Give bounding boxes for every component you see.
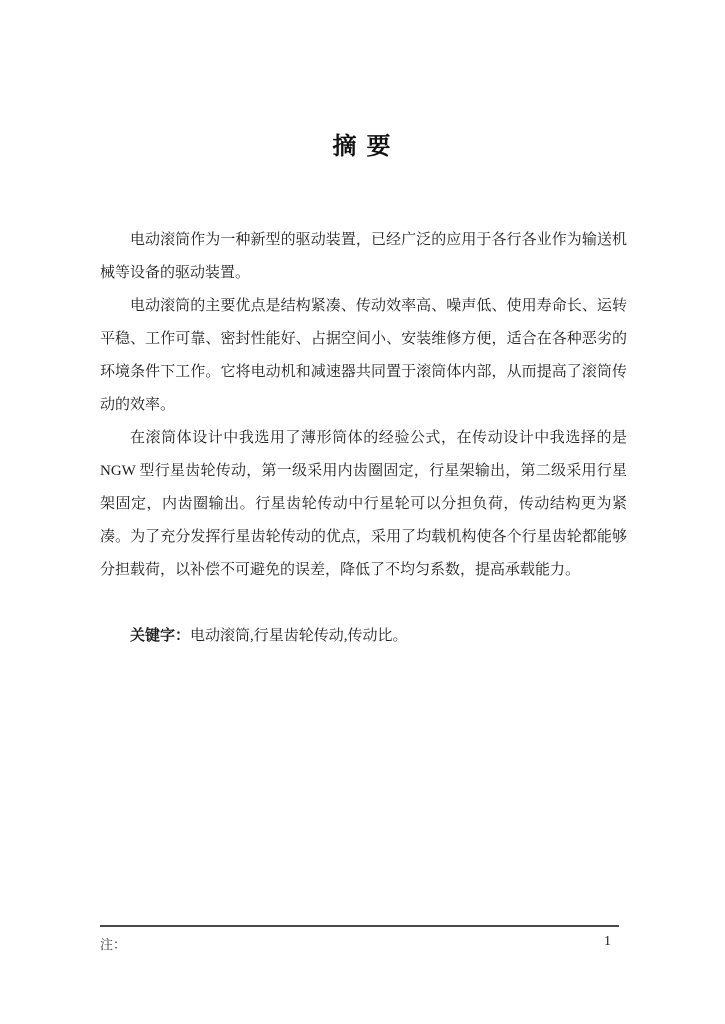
paragraph-3: 在滚筒体设计中我选用了薄形筒体的经验公式，在传动设计中我选择的是NGW 型行星齿… <box>100 422 627 587</box>
footnote-label: 注： <box>100 934 126 953</box>
paragraph-1: 电动滚筒作为一种新型的驱动装置，已经广泛的应用于各行各业作为输送机械等设备的驱动… <box>100 224 627 290</box>
keywords-line: 关键字：电动滚筒,行星齿轮传动,传动比。 <box>100 620 627 653</box>
keywords-label: 关键字： <box>130 628 190 644</box>
footer-row: 注： 1 <box>100 934 619 953</box>
keywords-text: 电动滚筒,行星齿轮传动,传动比。 <box>190 628 408 644</box>
page-footer: 注： 1 <box>100 925 619 953</box>
document-page: 摘 要 电动滚筒作为一种新型的驱动装置，已经广泛的应用于各行各业作为输送机械等设… <box>0 0 725 1024</box>
page-title: 摘 要 <box>0 126 725 161</box>
paragraph-2: 电动滚筒的主要优点是结构紧凑、传动效率高、噪声低、使用寿命长、运转平稳、工作可靠… <box>100 290 627 422</box>
page-number: 1 <box>604 934 619 950</box>
abstract-body: 电动滚筒作为一种新型的驱动装置，已经广泛的应用于各行各业作为输送机械等设备的驱动… <box>100 224 627 653</box>
footer-divider <box>100 925 619 927</box>
